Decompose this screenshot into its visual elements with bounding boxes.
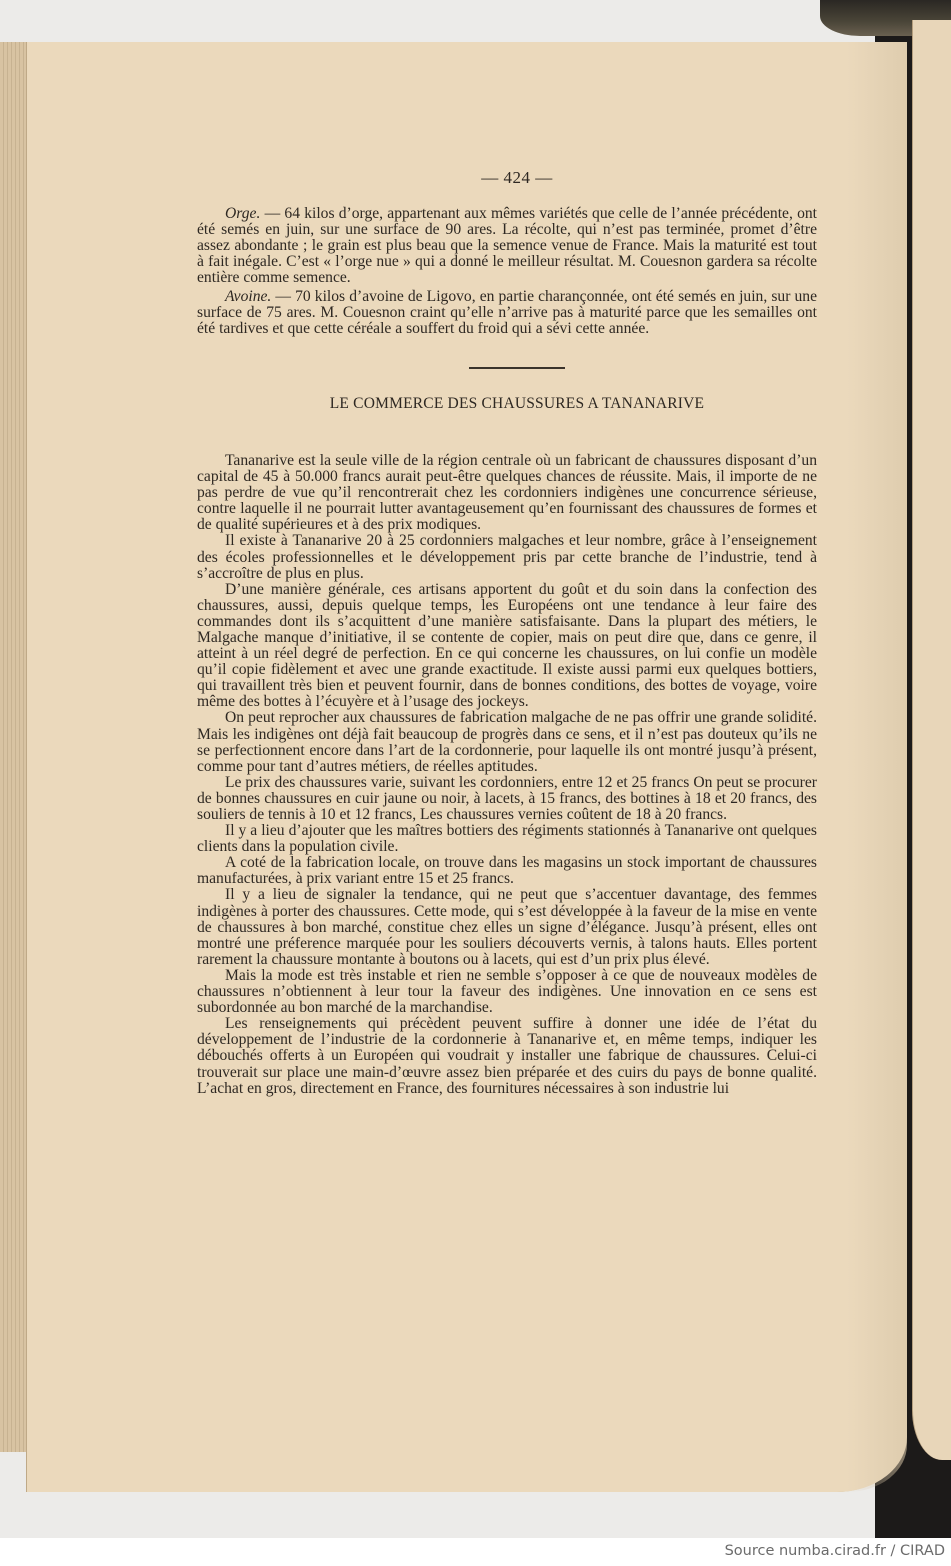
paragraph-avoine: Avoine. — 70 kilos d’avoine de Ligovo, e… [197,289,817,337]
paragraph-text-avoine: — 70 kilos d’avoine de Ligovo, en partie… [197,288,817,337]
source-credit: Source numba.cirad.fr / CIRAD [725,1543,945,1559]
paragraph: Le prix des chaussures varie, suivant le… [197,775,817,823]
paragraph: Les renseignements qui précèdent peuvent… [197,1016,817,1096]
section-title: LE COMMERCE DES CHAUSSURES A TANANARIVE [207,396,827,412]
paragraph-lead-orge: Orge. [225,205,260,222]
paragraph-orge: Orge. — 64 kilos d’orge, appartenant aux… [197,206,817,286]
section-body: Tananarive est la seule ville de la régi… [197,453,817,1097]
page-stack-edge [0,42,30,1452]
paragraph: Il y a lieu de signaler la tendance, qui… [197,887,817,967]
facing-page-edge [912,20,951,1460]
paragraph: On peut reprocher aux chaussures de fabr… [197,710,817,774]
paragraph-lead-avoine: Avoine. [225,288,271,305]
paragraph: Il existe à Tananarive 20 à 25 cordonnie… [197,533,817,581]
paragraph: D’une manière générale, ces artisans app… [197,582,817,711]
paragraph: Mais la mode est très instable et rien n… [197,968,817,1016]
section-divider [469,367,565,369]
paragraph-text-orge: — 64 kilos d’orge, appartenant aux mêmes… [197,205,817,286]
page-number: — 424 — [217,170,817,186]
page-text: — 424 — Orge. — 64 kilos d’orge, apparte… [197,170,817,1097]
paragraph: A coté de la fabrication locale, on trou… [197,855,817,887]
paragraph: Tananarive est la seule ville de la régi… [197,453,817,533]
paragraph: Il y a lieu d’ajouter que les maîtres bo… [197,823,817,855]
